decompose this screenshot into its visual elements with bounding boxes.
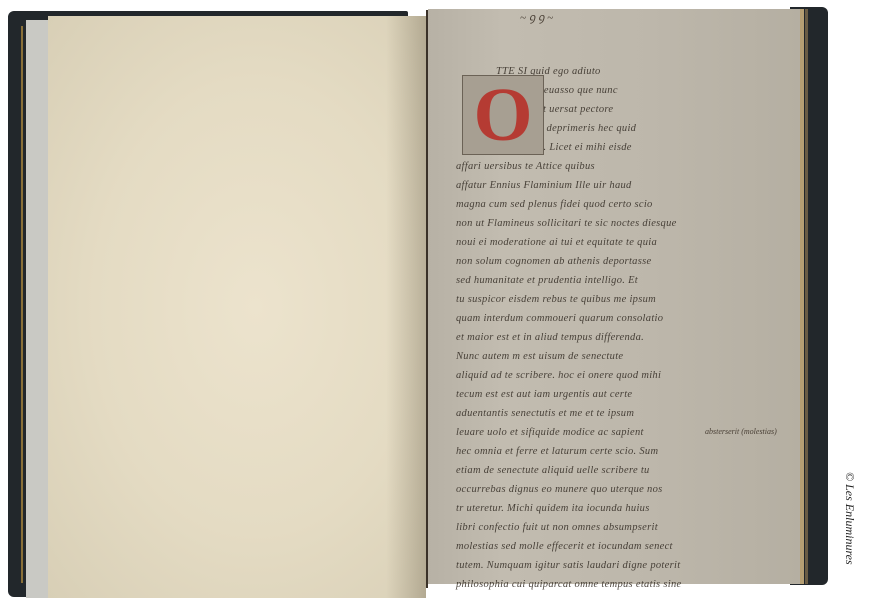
text-line: tecum est est aut iam urgentis aut certe [456,385,766,404]
text-line: non solum cognomen ab athenis deportasse [456,252,766,271]
text-line: tr uteretur. Michi quidem ita iocunda hu… [456,499,766,518]
text-line: affatur Ennius Flaminium Ille uir haud [456,176,766,195]
book-gutter [426,10,428,588]
text-line: tu suspicor eisdem rebus te quibus me ip… [456,290,766,309]
text-line: Nunc autem m est uisum de senectute [456,347,766,366]
marginal-note: absterserit (molestias) [705,427,777,436]
text-line: libri confectio fuit ut non omnes absump… [456,518,766,537]
text-line: etiam de senectute aliquid uelle scriber… [456,461,766,480]
text-line: philosophia cui quiparcat omne tempus et… [456,575,766,594]
text-line: quam interdum commoueri quarum consolati… [456,309,766,328]
text-line: magna cum sed plenus fidei quod certo sc… [456,195,766,214]
copyright-watermark: © Les Enluminures [842,472,857,565]
decorated-initial: O [462,75,544,155]
text-line: hec omnia et ferre et laturum certe scio… [456,442,766,461]
gilt-border-line [21,26,23,583]
page-edges [800,9,804,584]
text-line: aduentantis senectutis et me et te ipsum [456,404,766,423]
blank-left-page [48,16,426,598]
page-edges-shadow [805,9,808,584]
text-line: molestias sed molle effecerit et iocunda… [456,537,766,556]
text-line: sed humanitate et prudentia intelligo. E… [456,271,766,290]
header-flourish: ~ ꝯ ꝯ ~ [520,10,553,25]
text-line: et maior est et in aliud tempus differen… [456,328,766,347]
text-line: aliquid ad te scribere. hoc ei onere quo… [456,366,766,385]
initial-letter: O [473,77,532,153]
text-line: tutem. Numquam igitur satis laudari dign… [456,556,766,575]
text-line: noui ei moderatione ai tui et equitate t… [456,233,766,252]
text-line: affari uersibus te Attice quibus [456,157,766,176]
text-line: occurrebas dignus eo munere quo uterque … [456,480,766,499]
text-line: non ut Flamineus sollicitari te sic noct… [456,214,766,233]
